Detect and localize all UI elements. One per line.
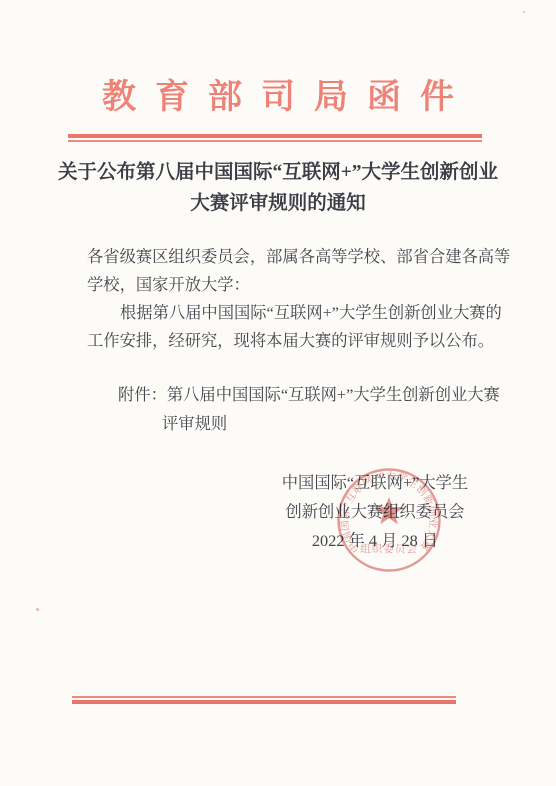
footer-divider-thick-line <box>72 700 456 704</box>
official-seal-stamp: 中国国际“互联网+”大学生创新创业大赛 组织委员会 <box>330 461 448 579</box>
attachment-label: 附件： <box>118 385 167 404</box>
body-paragraph-line: 工作安排，经研究，现将本届大赛的评审规则予以公布。 <box>87 327 497 355</box>
salutation-line: 各省级赛区组织委员会，部属各高等学校、部省合建各高等 <box>87 243 497 271</box>
seal-ring <box>339 470 440 571</box>
scan-speck <box>523 11 525 13</box>
body-paragraph-line: 根据第八届中国国际“互联网+”大学生创新创业大赛的 <box>87 299 497 327</box>
scan-speck <box>36 608 39 611</box>
letter-body: 各省级赛区组织委员会，部属各高等学校、部省合建各高等 学校，国家开放大学： 根据… <box>87 243 497 355</box>
seal-bottom-text: 组织委员会 <box>360 542 418 555</box>
document-title: 关于公布第八届中国国际“互联网+”大学生创新创业 大赛评审规则的通知 <box>0 157 556 219</box>
seal-star-icon <box>375 497 404 524</box>
attachment-section: 附件：第八届中国国际“互联网+”大学生创新创业大赛 评审规则 <box>118 381 518 438</box>
document-title-line2: 大赛评审规则的通知 <box>0 188 556 219</box>
attachment-title-line1: 第八届中国国际“互联网+”大学生创新创业大赛 <box>167 385 500 404</box>
footer-divider <box>72 696 456 704</box>
salutation-line: 学校，国家开放大学： <box>87 271 497 299</box>
letterhead-title: 教育部司局函件 <box>0 78 556 118</box>
document-title-line1: 关于公布第八届中国国际“互联网+”大学生创新创业 <box>0 157 556 188</box>
header-divider <box>68 134 482 142</box>
attachment-title-line2: 评审规则 <box>118 410 518 439</box>
header-divider-thin-line <box>68 140 482 142</box>
scanned-official-letter: 教育部司局函件 关于公布第八届中国国际“互联网+”大学生创新创业 大赛评审规则的… <box>0 0 556 786</box>
